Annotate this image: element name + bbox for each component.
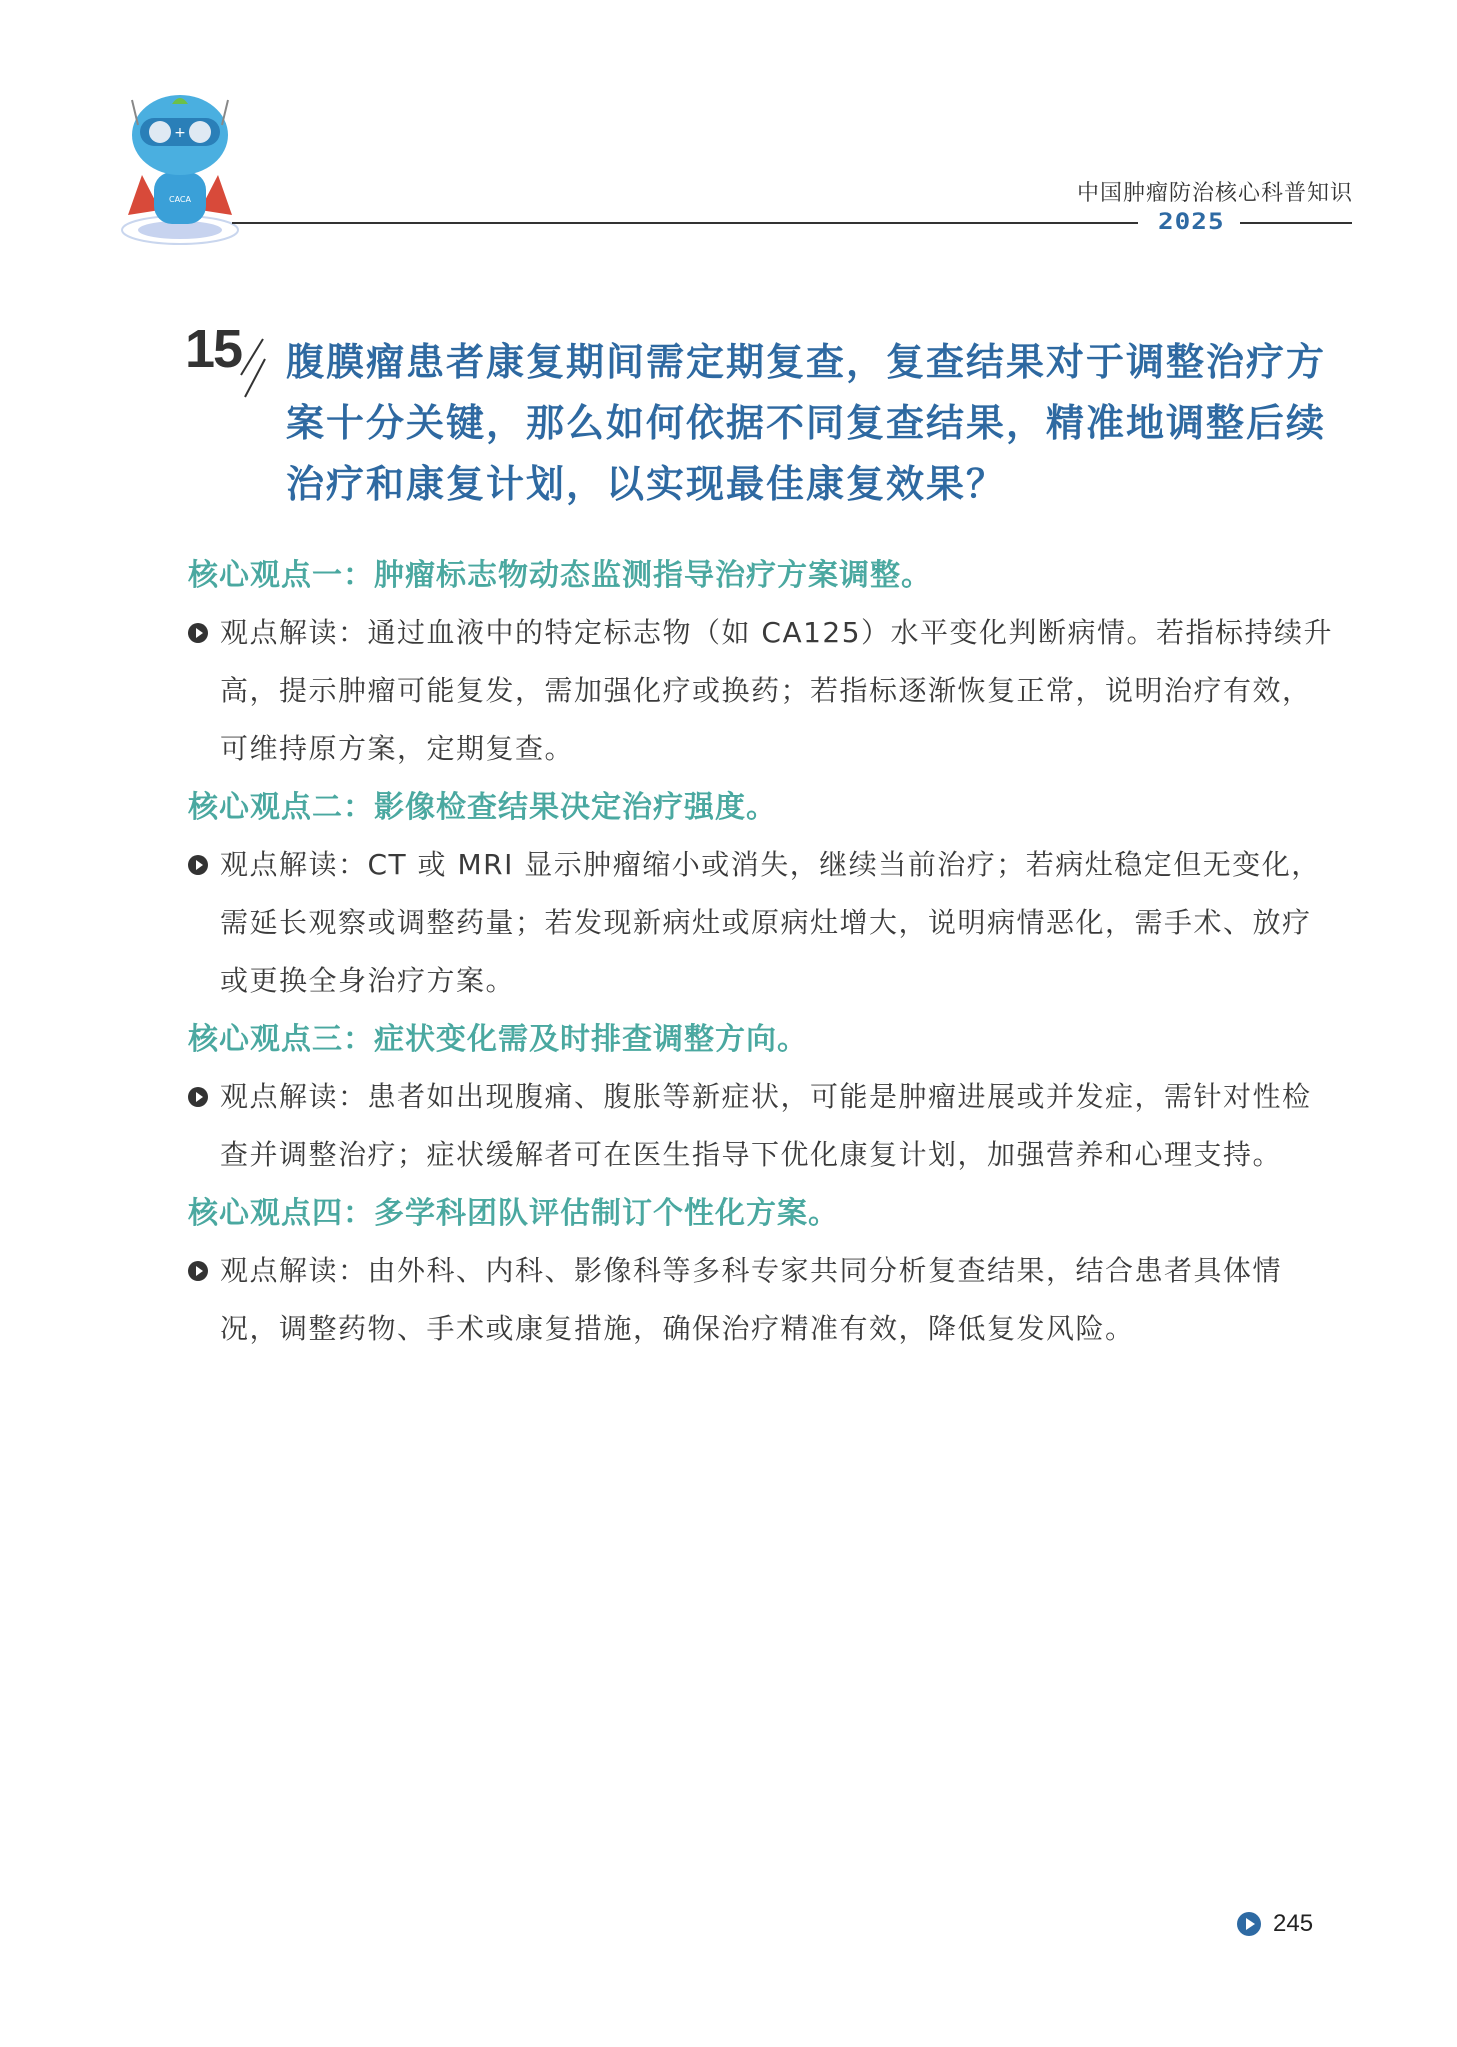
question-number: 15 [185,318,241,380]
book-title: 中国肿瘤防治核心科普知识 [1077,176,1353,207]
core-point-heading: 核心观点三：症状变化需及时排查调整方向。 [188,1012,1338,1068]
header-divider-left [232,222,1138,224]
play-circle-icon [1237,1912,1261,1936]
play-bullet-icon [188,1261,208,1281]
page-number: 245 [1273,1910,1313,1938]
play-bullet-icon [188,623,208,643]
core-point-3: 核心观点三：症状变化需及时排查调整方向。 观点解读：患者如出现腹痛、腹胀等新症状… [188,1012,1338,1184]
svg-text:+: + [174,125,186,141]
core-point-heading: 核心观点二：影像检查结果决定治疗强度。 [188,780,1338,836]
play-bullet-icon [188,1087,208,1107]
page-footer: 245 [1237,1910,1313,1938]
interpretation-text: 观点解读：CT 或 MRI 显示肿瘤缩小或消失，继续当前治疗；若病灶稳定但无变化… [220,848,1321,997]
core-point-2: 核心观点二：影像检查结果决定治疗强度。 观点解读：CT 或 MRI 显示肿瘤缩小… [188,780,1338,1010]
header-divider-right [1240,222,1352,224]
content-body: 核心观点一：肿瘤标志物动态监测指导治疗方案调整。 观点解读：通过血液中的特定标志… [188,548,1338,1360]
interpretation-paragraph: 观点解读：由外科、内科、影像科等多科专家共同分析复查结果，结合患者具体情况，调整… [188,1242,1338,1358]
question-title: 腹膜瘤患者康复期间需定期复查，复查结果对于调整治疗方案十分关键，那么如何依据不同… [286,332,1346,515]
interpretation-paragraph: 观点解读：通过血液中的特定标志物（如 CA125）水平变化判断病情。若指标持续升… [188,604,1338,778]
double-slash-icon [237,335,267,405]
interpretation-text: 观点解读：通过血液中的特定标志物（如 CA125）水平变化判断病情。若指标持续升… [220,616,1333,765]
core-point-1: 核心观点一：肿瘤标志物动态监测指导治疗方案调整。 观点解读：通过血液中的特定标志… [188,548,1338,778]
core-point-4: 核心观点四：多学科团队评估制订个性化方案。 观点解读：由外科、内科、影像科等多科… [188,1186,1338,1358]
svg-text:CACA: CACA [169,195,192,204]
core-point-heading: 核心观点四：多学科团队评估制订个性化方案。 [188,1186,1338,1242]
header-year: 2025 [1158,209,1225,235]
interpretation-text: 观点解读：由外科、内科、影像科等多科专家共同分析复查结果，结合患者具体情况，调整… [220,1254,1282,1345]
interpretation-text: 观点解读：患者如出现腹痛、腹胀等新症状，可能是肿瘤进展或并发症，需针对性检查并调… [220,1080,1312,1171]
play-bullet-icon [188,855,208,875]
core-point-heading: 核心观点一：肿瘤标志物动态监测指导治疗方案调整。 [188,548,1338,604]
robot-mascot-icon: + CACA [110,80,250,250]
interpretation-paragraph: 观点解读：患者如出现腹痛、腹胀等新症状，可能是肿瘤进展或并发症，需针对性检查并调… [188,1068,1338,1184]
interpretation-paragraph: 观点解读：CT 或 MRI 显示肿瘤缩小或消失，继续当前治疗；若病灶稳定但无变化… [188,836,1338,1010]
